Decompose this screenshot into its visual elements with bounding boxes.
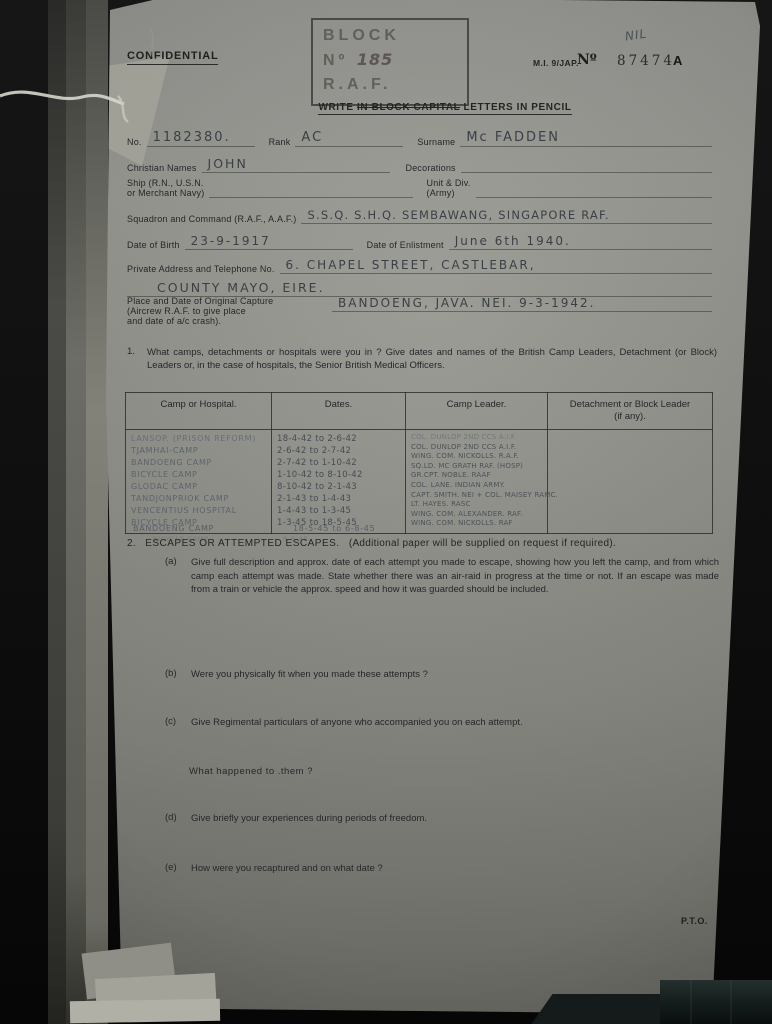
row-address: Private Address and Telephone No. 6. CHA… xyxy=(127,258,712,274)
section-2-number: 2. xyxy=(127,538,136,549)
camp-dates: 8-10-42 to 2-1-43 xyxy=(277,481,403,493)
address-label: Private Address and Telephone No. xyxy=(127,264,275,274)
stamp-handwritten-number: 185 xyxy=(357,50,393,69)
header-detachment-leader: Detachment or Block Leader (if any). xyxy=(548,393,713,430)
row-ship-unit: Ship (R.N., U.S.N. or Merchant Navy) Uni… xyxy=(127,178,712,198)
camp-name: TANDJONPRIOK CAMP xyxy=(131,493,269,505)
item-d-marker: (d) xyxy=(165,812,187,826)
header-camp-leader: Camp Leader. xyxy=(406,393,548,430)
capture-value: BANDOENG, JAVA. NEI. 9-3-1942. xyxy=(332,296,712,312)
item-e-marker: (e) xyxy=(165,862,187,876)
decorations-label: Decorations xyxy=(406,163,456,173)
rank-label: Rank xyxy=(269,137,291,147)
detachment-leader-cell xyxy=(548,430,713,534)
confidential-marking: CONFIDENTIAL xyxy=(127,50,218,65)
stamp-line-raf: R.A.F. xyxy=(323,73,457,97)
handwritten-nil: NIL xyxy=(624,27,648,44)
camp-dates: 18-4-42 to 2-6-42 xyxy=(277,433,403,445)
number-label: Nº xyxy=(577,52,597,68)
service-number-value: 1182380. xyxy=(147,130,255,147)
rank-value: AC xyxy=(295,130,403,147)
page-stack-edge xyxy=(86,0,108,1024)
question-1-text: What camps, detachments or hospitals wer… xyxy=(147,346,717,372)
camps-table: Camp or Hospital. Dates. Camp Leader. De… xyxy=(125,392,713,534)
camp-dates-cell: 18-4-42 to 2-6-422-6-42 to 2-7-422-7-42 … xyxy=(272,430,406,534)
decorations-value xyxy=(461,171,712,173)
item-a-text: Give full description and approx. date o… xyxy=(191,556,719,597)
row-dob-enlistment: Date of Birth 23-9-1917 Date of Enlistme… xyxy=(127,234,712,250)
camp-dates: 2-7-42 to 1-10-42 xyxy=(277,457,403,469)
camp-leader: COL. DUNLOP 2ND CCS A.I.F. xyxy=(411,433,545,443)
christian-names-label: Christian Names xyxy=(127,163,197,173)
enlistment-label: Date of Enlistment xyxy=(367,240,444,250)
camp-name: BANDOENG CAMP xyxy=(131,457,269,469)
ship-label-1: Ship (R.N., U.S.N. xyxy=(127,178,204,188)
address-value-line2: COUNTY MAYO, EIRE. xyxy=(127,280,712,297)
camp-name: LANSOP. (PRISON REFORM) xyxy=(131,433,269,445)
item-d-text: Give briefly your experiences during per… xyxy=(191,812,427,826)
camp-name: BICYCLE CAMP xyxy=(131,469,269,481)
table-overflow-row-1: BANDOENG CAMP 18-5-45 to 6-8-45 xyxy=(133,524,375,533)
camp-leader: COL. DUNLOP 2ND CCS A.I.F. xyxy=(411,443,545,453)
page-stack-edge xyxy=(66,0,86,1024)
header-dates: Dates. xyxy=(272,393,406,430)
stamp-line-number: Nº 185 xyxy=(323,48,457,73)
enlistment-value: June 6th 1940. xyxy=(449,234,712,250)
page-stack-edge xyxy=(48,0,66,1024)
camp-name: TJAMHAI-CAMP xyxy=(131,445,269,457)
item-c-text: Give Regimental particulars of anyone wh… xyxy=(191,716,523,730)
block-raf-stamp: BLOCK Nº 185 R.A.F. xyxy=(311,18,469,106)
christian-names-value: JOHN xyxy=(202,156,390,173)
item-a: (a) Give full description and approx. da… xyxy=(127,556,719,597)
camp-leader: GR.CPT. NOBLE. RAAF xyxy=(411,471,545,481)
camp-leader: COL. LANE. INDIAN ARMY. xyxy=(411,481,545,491)
item-a-marker: (a) xyxy=(165,556,187,597)
row-christian-decorations: Christian Names JOHN Decorations xyxy=(127,156,712,173)
form-page: CONFIDENTIAL BLOCK Nº 185 R.A.F. NIL M.I… xyxy=(100,0,760,1018)
squadron-label: Squadron and Command (R.A.F., A.A.F.) xyxy=(127,214,296,224)
surname-value: Mc FADDEN xyxy=(460,130,712,147)
item-c-marker: (c) xyxy=(165,716,187,730)
camp-leader: WING. COM. ALEXANDER. RAF. xyxy=(411,510,545,520)
struck-words: IN BLOCK CAPITAL xyxy=(357,102,460,113)
file-number: 87474 xyxy=(617,53,675,69)
row-capture: Place and Date of Original Capture (Airc… xyxy=(127,296,712,326)
section-2-title: ESCAPES OR ATTEMPTED ESCAPES. xyxy=(145,538,339,549)
stamp-line-block: BLOCK xyxy=(323,24,457,48)
camp-name: GLODAC CAMP xyxy=(131,481,269,493)
unit-value xyxy=(476,196,712,198)
section-2-note: (Additional paper will be supplied on re… xyxy=(349,538,616,549)
camp-leader: WING. COM. NICKOLLS. R.A.F. xyxy=(411,452,545,462)
capture-label-2: (Aircrew R.A.F. to give place xyxy=(127,306,327,316)
capture-label-3: and date of a/c crash). xyxy=(127,316,327,326)
question-1-number: 1. xyxy=(127,346,147,372)
item-e: (e) How were you recaptured and on what … xyxy=(127,862,719,876)
ship-label-2: or Merchant Navy) xyxy=(127,188,204,198)
camp-name: VENCENTIUS HOSPITAL xyxy=(131,505,269,517)
followup-question: What happened to .them ? xyxy=(189,766,313,777)
ship-value xyxy=(209,196,412,198)
camp-dates: 2-1-43 to 1-4-43 xyxy=(277,493,403,505)
page-corner xyxy=(70,999,220,1024)
item-b-marker: (b) xyxy=(165,668,187,682)
row-squadron: Squadron and Command (R.A.F., A.A.F.) S.… xyxy=(127,208,712,224)
camp-leader: WING. COM. NICKOLLS. RAF xyxy=(411,519,545,529)
dob-value: 23-9-1917 xyxy=(185,234,353,250)
address-value-line1: 6. CHAPEL STREET, CASTLEBAR, xyxy=(280,258,712,274)
pto-marking: P.T.O. xyxy=(681,916,708,926)
instruction-line: WRITE IN BLOCK CAPITAL LETTERS IN PENCIL xyxy=(235,102,655,113)
camp-leaders-cell: COL. DUNLOP 2ND CCS A.I.F.COL. DUNLOP 2N… xyxy=(406,430,548,534)
question-1: 1. What camps, detachments or hospitals … xyxy=(127,346,717,372)
item-e-text: How were you recaptured and on what date… xyxy=(191,862,383,876)
camp-dates: 2-6-42 to 2-7-42 xyxy=(277,445,403,457)
row-address-cont: COUNTY MAYO, EIRE. xyxy=(127,280,712,297)
scanned-document-photo: CONFIDENTIAL BLOCK Nº 185 R.A.F. NIL M.I… xyxy=(0,0,772,1024)
surname-label: Surname xyxy=(417,137,455,147)
camp-dates: 1-4-43 to 1-3-45 xyxy=(277,505,403,517)
capture-label-1: Place and Date of Original Capture xyxy=(127,296,327,306)
camp-dates: 1-10-42 to 8-10-42 xyxy=(277,469,403,481)
overflow-camp-dates: 18-5-45 to 6-8-45 xyxy=(293,524,375,533)
camp-leader: SQ.LD. MC GRATH RAF. (HOSP) xyxy=(411,462,545,472)
row-no-rank-surname: No. 1182380. Rank AC Surname Mc FADDEN xyxy=(127,130,712,147)
camps-table-header-row: Camp or Hospital. Dates. Camp Leader. De… xyxy=(126,393,713,430)
unit-label-2: (Army) xyxy=(427,188,471,198)
header-camp-or-hospital: Camp or Hospital. xyxy=(126,393,272,430)
file-suffix: A xyxy=(673,53,682,68)
camp-leader: LT. HAYES. RASC xyxy=(411,500,545,510)
unit-label-1: Unit & Div. xyxy=(427,178,471,188)
desk-object xyxy=(660,980,772,1024)
mi9-label: M.I. 9/JAP. xyxy=(533,58,579,68)
item-b: (b) Were you physically fit when you mad… xyxy=(127,668,719,682)
item-b-text: Were you physically fit when you made th… xyxy=(191,668,428,682)
camp-leader: CAPT. SMITH. NEI + COL. MAISEY RAMC. xyxy=(411,491,545,501)
item-c: (c) Give Regimental particulars of anyon… xyxy=(127,716,719,730)
camp-names-cell: LANSOP. (PRISON REFORM)TJAMHAI-CAMPBANDO… xyxy=(126,430,272,534)
overflow-camp-name: BANDOENG CAMP xyxy=(133,524,293,533)
section-2-heading: 2. ESCAPES OR ATTEMPTED ESCAPES. (Additi… xyxy=(127,538,717,549)
item-d: (d) Give briefly your experiences during… xyxy=(127,812,719,826)
squadron-value: S.S.Q. S.H.Q. SEMBAWANG, SINGAPORE RAF. xyxy=(301,208,712,224)
no-label: No. xyxy=(127,137,142,147)
dob-label: Date of Birth xyxy=(127,240,180,250)
